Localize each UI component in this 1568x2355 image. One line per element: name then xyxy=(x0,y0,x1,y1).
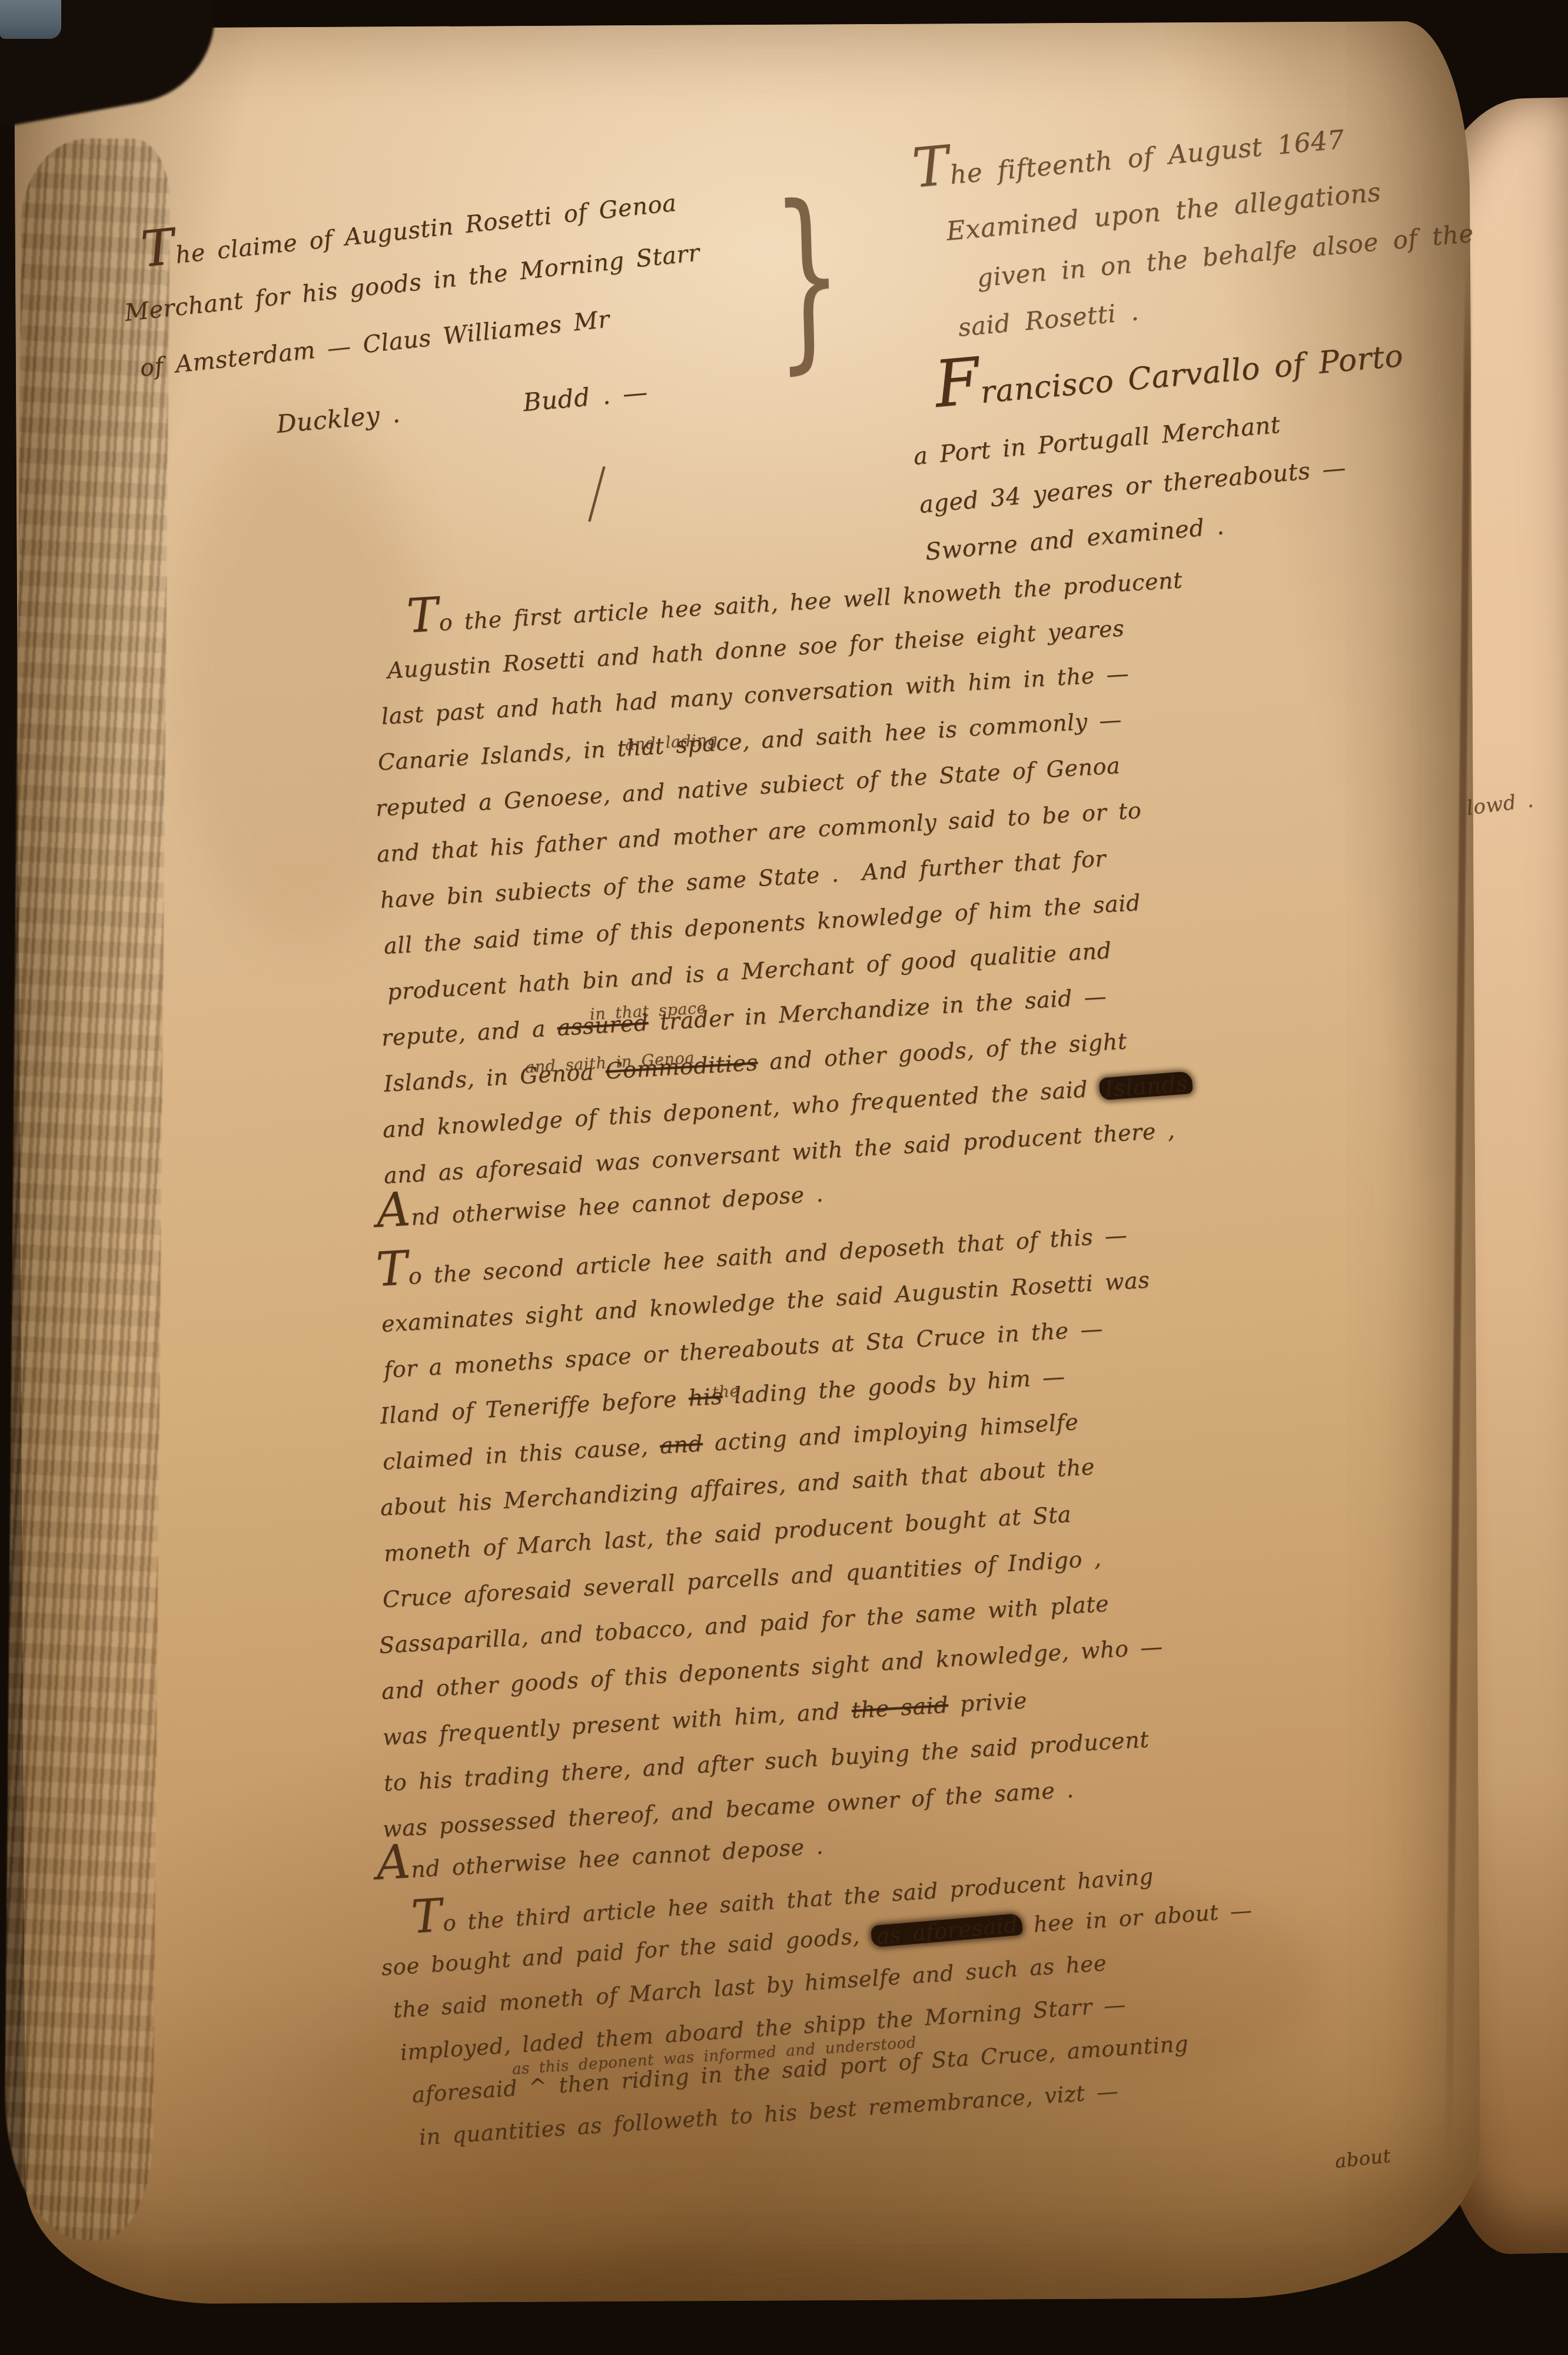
deponent-line: a Port in Portugall Merchant xyxy=(912,413,1281,469)
ink-blot-deletion: Islands xyxy=(1099,1071,1193,1100)
heading-line: said Rosetti . xyxy=(957,299,1140,340)
struck-text: his xyxy=(688,1383,723,1411)
handwriting-layer: The fifteenth of August 1647 Examined up… xyxy=(0,0,1568,2355)
catchword: about xyxy=(1334,2146,1391,2171)
margin-note-proctors: Duckley . Budd . — xyxy=(275,380,649,437)
struck-text: the said xyxy=(851,1692,949,1723)
line-segment: was frequently present with him, and xyxy=(382,1697,852,1750)
deponent-line: aged 34 yeares or thereabouts — xyxy=(918,456,1347,517)
deponent-line: Sworne and examined . xyxy=(924,515,1225,564)
line-segment: hee in or about — xyxy=(1021,1898,1253,1938)
struck-text: and xyxy=(659,1431,704,1459)
line-segment: acting and imploying himselfe xyxy=(702,1409,1079,1457)
paragraph-mark: / xyxy=(590,456,603,528)
line-segment: Iland of Teneriffe before xyxy=(380,1385,689,1429)
deponent-line: Francisco Carvallo of Porto xyxy=(935,341,1405,412)
heading-line: The fifteenth of August 1647 xyxy=(912,127,1346,191)
margin-note-brace: } xyxy=(771,176,845,377)
struck-text: assured xyxy=(556,1010,649,1041)
line-segment: repute, and a xyxy=(381,1015,558,1051)
deposition-line: And otherwise hee cannot depose . xyxy=(376,1835,824,1883)
manuscript-photo: The fifteenth of August 1647 Examined up… xyxy=(0,0,1568,2355)
margin-note-line: of Amsterdam — Claus Williames Mr xyxy=(139,307,611,380)
line-segment: privie xyxy=(948,1687,1028,1718)
line-segment: lading the goods by him — xyxy=(722,1364,1065,1409)
line-segment: Islands, in Genoa xyxy=(383,1058,606,1097)
deposition-line: And otherwise hee cannot depose . xyxy=(376,1182,824,1230)
line-segment: claimed in this cause, xyxy=(382,1433,660,1475)
facing-page-note: lowd . xyxy=(1466,790,1535,818)
line-segment: trader in Merchandize in the said — xyxy=(647,983,1107,1036)
ink-blot-deletion: as aforesaid xyxy=(871,1913,1023,1948)
line-segment: and other goods, of the sight xyxy=(757,1028,1128,1075)
